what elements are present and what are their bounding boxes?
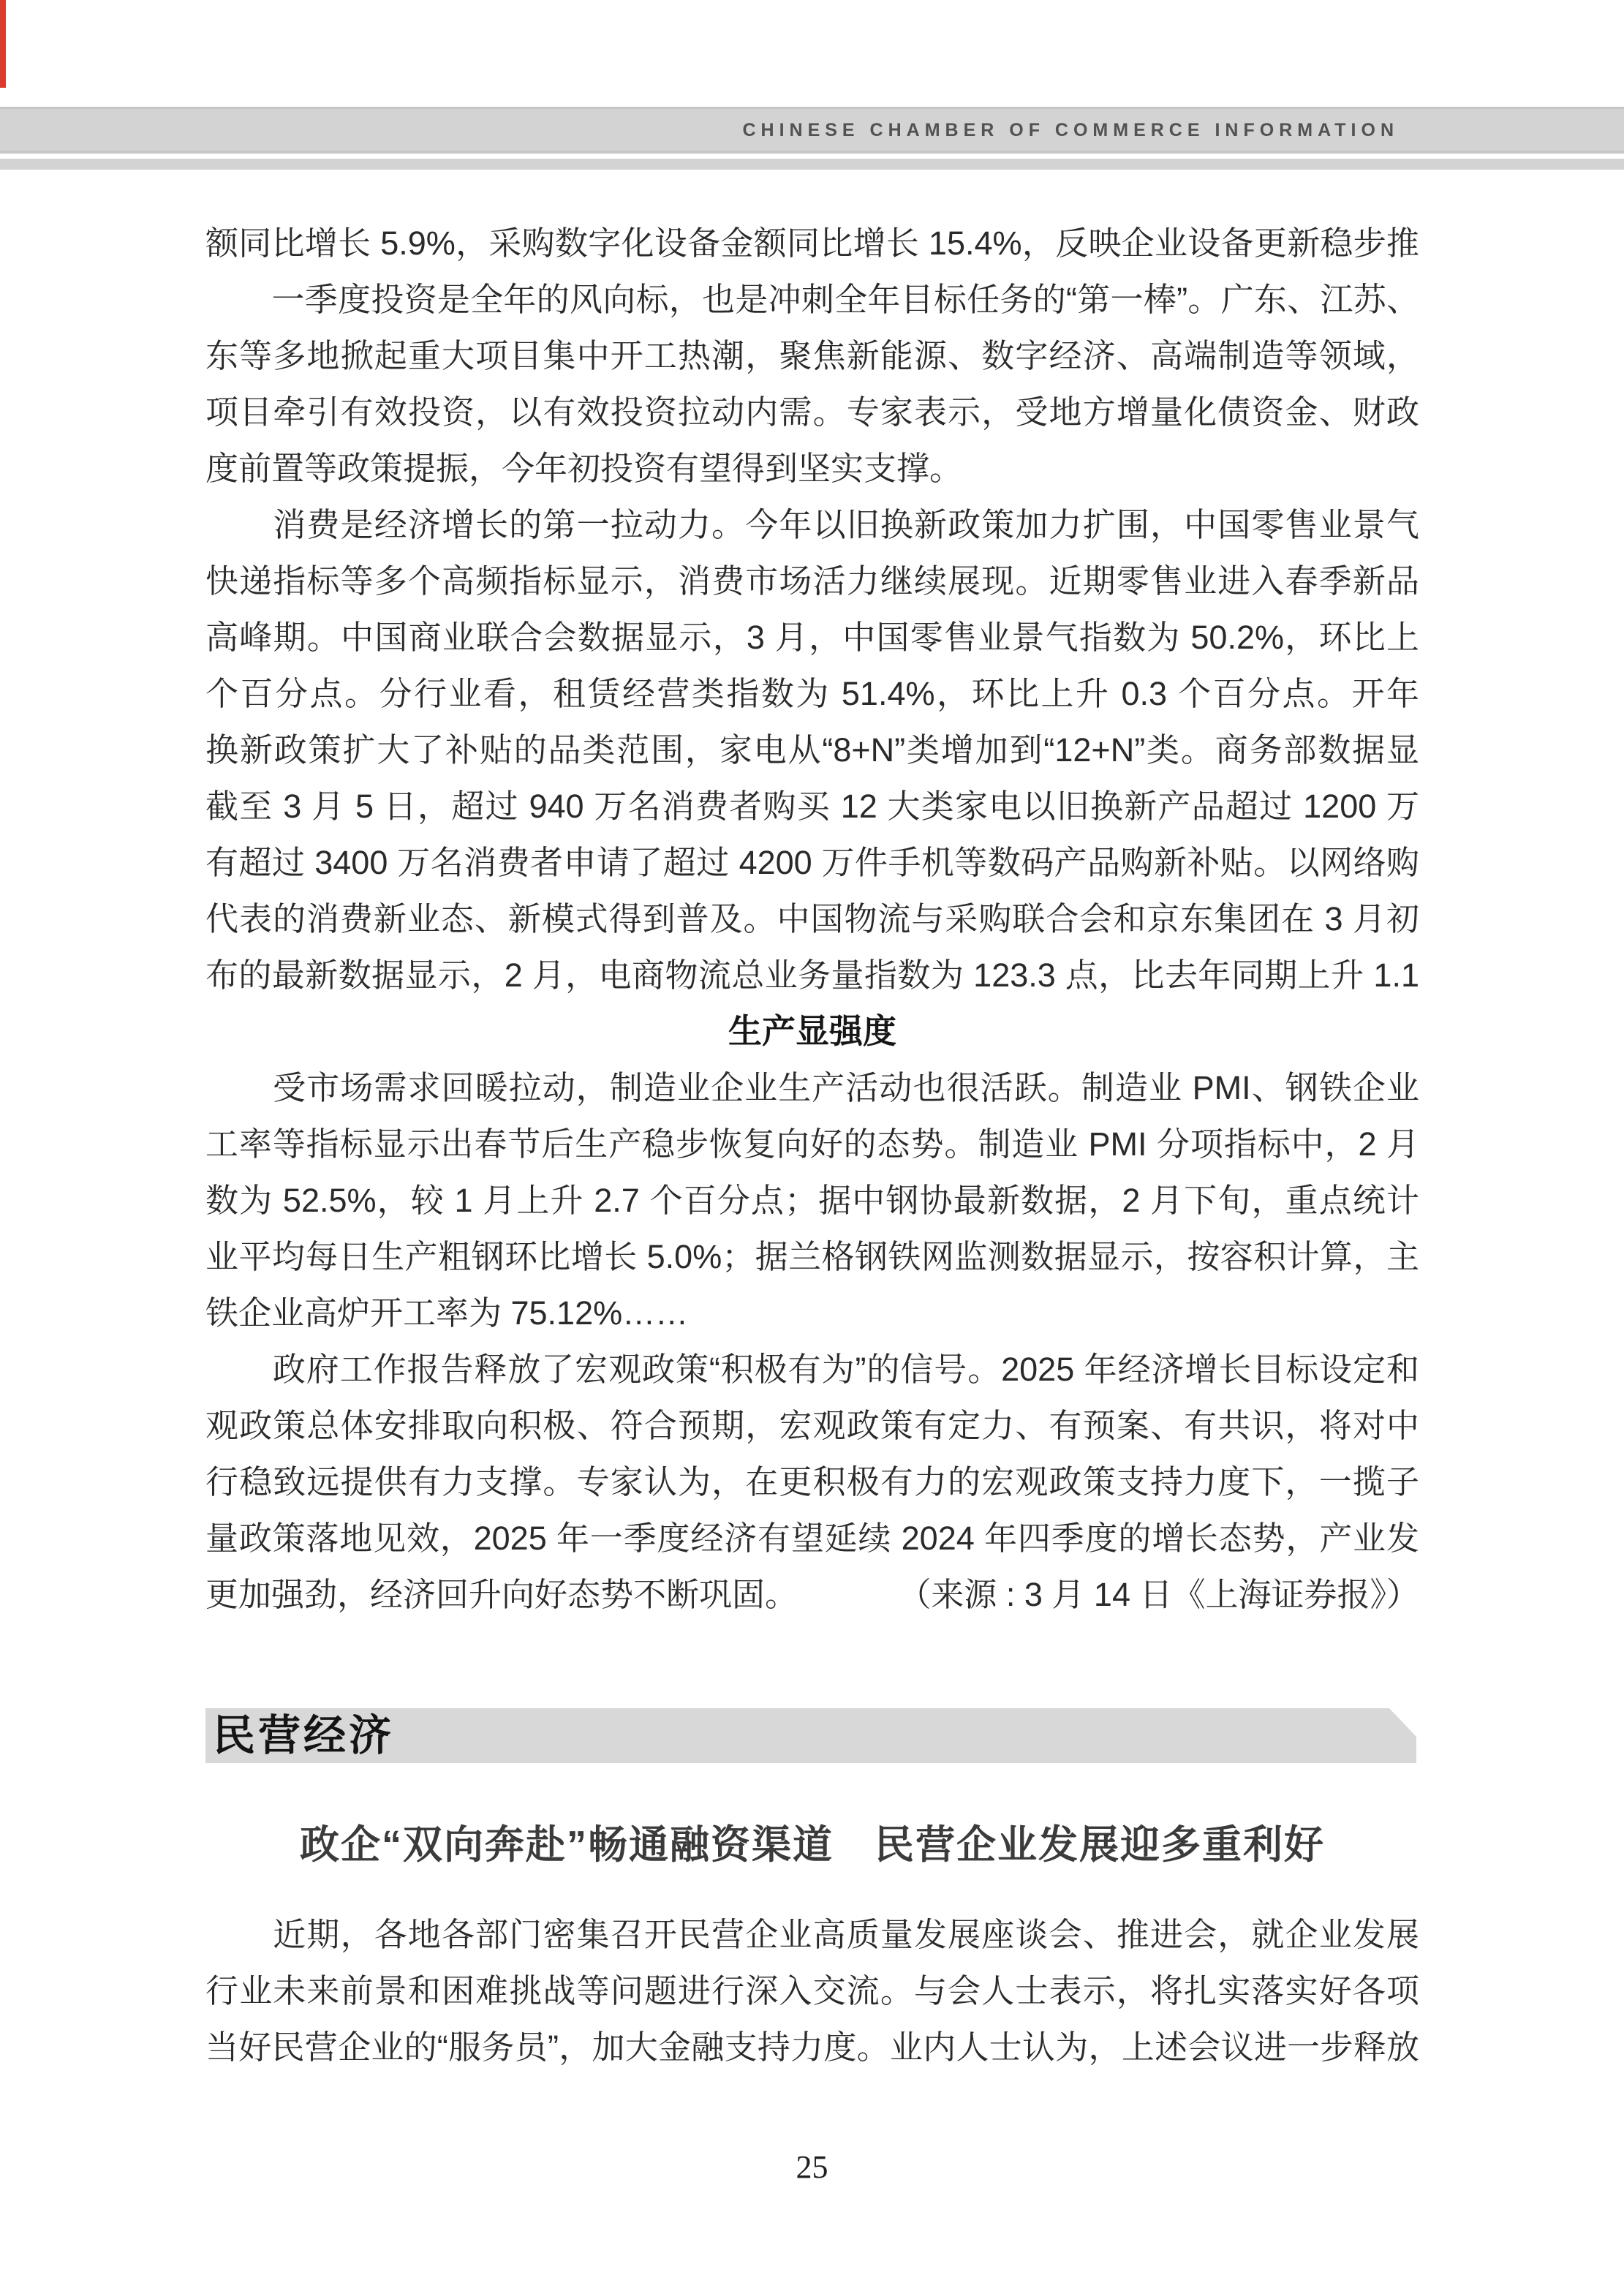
body-line: 观政策总体安排取向积极、符合预期，宏观政策有定力、有预案、有共识，将对中国经济 bbox=[205, 1397, 1419, 1454]
body-line: 政府工作报告释放了宏观政策“积极有为”的信号。2025 年经济增长目标设定和宏 bbox=[205, 1341, 1419, 1397]
subhead-production-strength: 生产显强度 bbox=[205, 1003, 1419, 1060]
article-private-economy-body: 近期，各地各部门密集召开民营企业高质量发展座谈会、推进会，就企业发展情况、 行业… bbox=[205, 1906, 1419, 2075]
body-line: 近期，各地各部门密集召开民营企业高质量发展座谈会、推进会，就企业发展情况、 bbox=[205, 1906, 1419, 1963]
body-line: 消费是经济增长的第一拉动力。今年以旧换新政策加力扩围，中国零售业景气指数、 bbox=[205, 497, 1419, 553]
body-line: 东等多地掀起重大项目集中开工热潮，聚焦新能源、数字经济、高端制造等领域，以重大 bbox=[205, 328, 1419, 384]
page-number: 25 bbox=[0, 2147, 1624, 2188]
body-line: 当好民营企业的“服务员”，加大金融支持力度。业内人士认为，上述会议进一步释放了支 bbox=[205, 2019, 1419, 2075]
closing-line: 更加强劲，经济回升向好态势不断巩固。 bbox=[205, 1566, 798, 1623]
section-label: 民营经济 bbox=[213, 1708, 394, 1763]
body-line: 业平均每日生产粗钢环比增长 5.0%；据兰格钢铁网监测数据显示，按容积计算，主要… bbox=[205, 1229, 1419, 1285]
body-line: 铁企业高炉开工率为 75.12%…… bbox=[205, 1285, 1419, 1341]
body-line: 行业未来前景和困难挑战等问题进行深入交流。与会人士表示，将扎实落实好各项政策措施… bbox=[205, 1963, 1419, 2019]
body-line: 高峰期。中国商业联合会数据显示，3 月，中国零售业景气指数为 50.2%，环比上… bbox=[205, 609, 1419, 665]
body-line: 受市场需求回暖拉动，制造业企业生产活动也很活跃。制造业 PMI、钢铁企业高炉开 bbox=[205, 1060, 1419, 1116]
body-line: 代表的消费新业态、新模式得到普及。中国物流与采购联合会和京东集团在 3 月初联合… bbox=[205, 891, 1419, 947]
body-line: 快递指标等多个高频指标显示，消费市场活力继续展现。近期零售业进入春季新品上市的 bbox=[205, 553, 1419, 609]
body-line: 个百分点。分行业看，租赁经营类指数为 51.4%，环比上升 0.3 个百分点。开… bbox=[205, 665, 1419, 722]
article-headline: 政企“双向奔赴”畅通融资渠道 民营企业发展迎多重利好 bbox=[205, 1820, 1419, 1870]
body-line: 一季度投资是全年的风向标，也是冲刺全年目标任务的“第一棒”。广东、江苏、山 bbox=[205, 271, 1419, 328]
body-line: 度前置等政策提振，今年初投资有望得到坚实支撑。 bbox=[205, 440, 1419, 497]
body-line: 工率等指标显示出春节后生产稳步恢复向好的态势。制造业 PMI 分项指标中，2 月… bbox=[205, 1116, 1419, 1172]
red-bleed-mark bbox=[0, 0, 6, 88]
body-line: 有超过 3400 万名消费者申请了超过 4200 万件手机等数码产品购新补贴。以… bbox=[205, 834, 1419, 891]
newsletter-page: CHINESE CHAMBER OF COMMERCE INFORMATION … bbox=[0, 0, 1624, 2272]
masthead: CHINESE CHAMBER OF COMMERCE INFORMATION bbox=[742, 107, 1399, 154]
body-line: 项目牵引有效投资，以有效投资拉动内需。专家表示，受地方增量化债资金、财政支出进 bbox=[205, 384, 1419, 440]
body-line: 额同比增长 5.9%，采购数字化设备金额同比增长 15.4%，反映企业设备更新稳… bbox=[205, 215, 1419, 271]
closing-row: 更加强劲，经济回升向好态势不断巩固。 （来源 : 3 月 14 日《上海证券报》… bbox=[205, 1566, 1419, 1623]
body-line: 数为 52.5%，较 1 月上升 2.7 个百分点；据中钢协最新数据，2 月下旬… bbox=[205, 1172, 1419, 1229]
body-line: 截至 3 月 5 日，超过 940 万名消费者购买 12 大类家电以旧换新产品超… bbox=[205, 778, 1419, 834]
body-line: 量政策落地见效，2025 年一季度经济有望延续 2024 年四季度的增长态势，产… bbox=[205, 1510, 1419, 1566]
article-economy-body: 额同比增长 5.9%，采购数字化设备金额同比增长 15.4%，反映企业设备更新稳… bbox=[205, 215, 1419, 1623]
body-line: 行稳致远提供有力支撑。专家认为，在更积极有力的宏观政策支持力度下，一揽子存量增 bbox=[205, 1454, 1419, 1510]
body-line: 布的最新数据显示，2 月，电商物流总业务量指数为 123.3 点，比去年同期上升… bbox=[205, 947, 1419, 1003]
source-attribution: （来源 : 3 月 14 日《上海证券报》） bbox=[898, 1566, 1419, 1623]
body-line: 换新政策扩大了补贴的品类范围，家电从“8+N”类增加到“12+N”类。商务部数据… bbox=[205, 722, 1419, 778]
header-rule-bar bbox=[0, 159, 1624, 170]
